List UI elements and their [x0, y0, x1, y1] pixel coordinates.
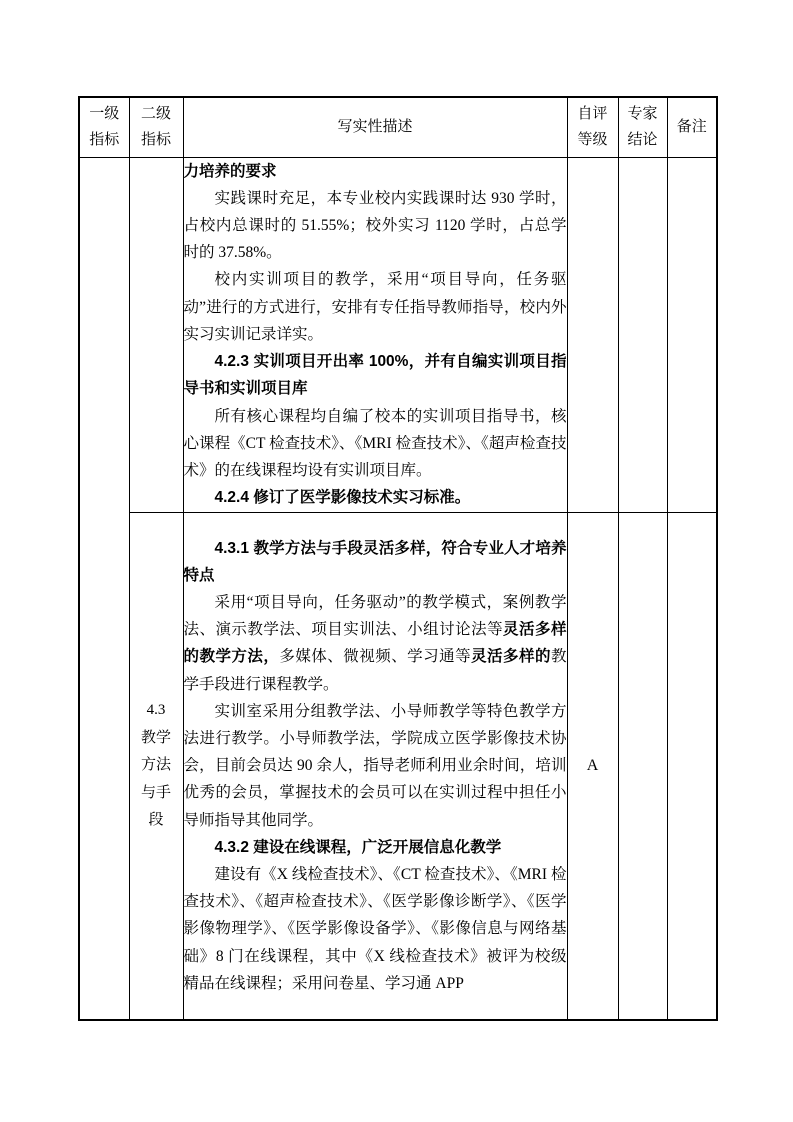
bold-text-segment: 灵活多样的: [471, 648, 551, 665]
description-heading: 4.2.3 实训项目开出率 100%，并有自编实训项目指导书和实训项目库: [184, 348, 567, 402]
description-heading: 4.3.1 教学方法与手段灵活多样，符合专业人才培养特点: [184, 535, 567, 589]
description-paragraph: 建设有《X 线检查技术》、《CT 检查技术》、《MRI 检查技术》、《超声检查技…: [184, 861, 567, 997]
description-paragraph: 所有核心课程均自编了校本的实训项目指导书，核心课程《CT 检查技术》、《MRI …: [184, 403, 567, 485]
text-line: 结论: [619, 127, 667, 153]
description-paragraph: 校内实训项目的教学，采用“项目导向，任务驱动”进行的方式进行，安排有专任指导教师…: [184, 266, 567, 348]
self-rating-cell-row2: A: [567, 512, 618, 1020]
expert-conclusion-cell-row2: [618, 512, 667, 1020]
level1-indicator-cell: [79, 157, 129, 1020]
col-header-level1-indicator: 一级指标: [79, 97, 129, 157]
description-paragraph: 采用“项目导向，任务驱动”的教学模式，案例教学法、演示教学法、项目实训法、小组讨…: [184, 589, 567, 698]
text-line: 一级: [80, 101, 129, 127]
text-line: 专家: [619, 101, 667, 127]
col-header-self-rating: 自评等级: [567, 97, 618, 157]
text-line: 备注: [668, 114, 717, 140]
col-header-expert-conclusion: 专家结论: [618, 97, 667, 157]
level2-indicator-cell-row2: 4.3教学方法与手段: [129, 512, 183, 1020]
text-line: 指标: [80, 127, 129, 153]
text-line: 与手: [130, 780, 183, 808]
description-heading: 4.2.4 修订了医学影像技术实习标准。: [184, 484, 567, 511]
description-cell-row1: 力培养的要求实践课时充足，本专业校内实践课时达 930 学时，占校内总课时的 5…: [183, 157, 567, 512]
description-paragraph: 实践课时充足，本专业校内实践课时达 930 学时，占校内总课时的 51.55%；…: [184, 185, 567, 267]
level2-indicator-cell-row1: [129, 157, 183, 512]
text-line: 段: [130, 807, 183, 835]
text-line: 二级: [130, 101, 183, 127]
col-header-level2-indicator: 二级指标: [129, 97, 183, 157]
text-line: 指标: [130, 127, 183, 153]
description-heading: 力培养的要求: [184, 158, 567, 185]
evaluation-table: 一级指标 二级指标 写实性描述 自评等级 专家结论 备注 力培养的要求实践课时充…: [78, 96, 718, 1021]
remark-cell-row1: [667, 157, 717, 512]
table-row: 力培养的要求实践课时充足，本专业校内实践课时达 930 学时，占校内总课时的 5…: [79, 157, 717, 512]
self-rating-cell-row1: [567, 157, 618, 512]
text-line: 写实性描述: [184, 114, 567, 140]
col-header-remark: 备注: [667, 97, 717, 157]
col-header-description: 写实性描述: [183, 97, 567, 157]
text-line: 自评: [568, 101, 618, 127]
description-cell-row2: 4.3.1 教学方法与手段灵活多样，符合专业人才培养特点采用“项目导向，任务驱动…: [183, 512, 567, 1020]
description-heading: 4.3.2 建设在线课程，广泛开展信息化教学: [184, 834, 567, 861]
text-line: 方法: [130, 752, 183, 780]
header-row: 一级指标 二级指标 写实性描述 自评等级 专家结论 备注: [79, 97, 717, 157]
text-line: 教学: [130, 725, 183, 753]
remark-cell-row2: [667, 512, 717, 1020]
description-paragraph: 实训室采用分组教学法、小导师教学等特色教学方法进行教学。小导师教学法，学院成立医…: [184, 698, 567, 834]
text-line: 4.3: [130, 697, 183, 725]
table-row: 4.3教学方法与手段 4.3.1 教学方法与手段灵活多样，符合专业人才培养特点采…: [79, 512, 717, 1020]
text-line: 等级: [568, 127, 618, 153]
text-segment: 多媒体、微视频、学习通等: [279, 648, 471, 665]
expert-conclusion-cell-row1: [618, 157, 667, 512]
document-page: 一级指标 二级指标 写实性描述 自评等级 专家结论 备注 力培养的要求实践课时充…: [0, 0, 793, 1122]
